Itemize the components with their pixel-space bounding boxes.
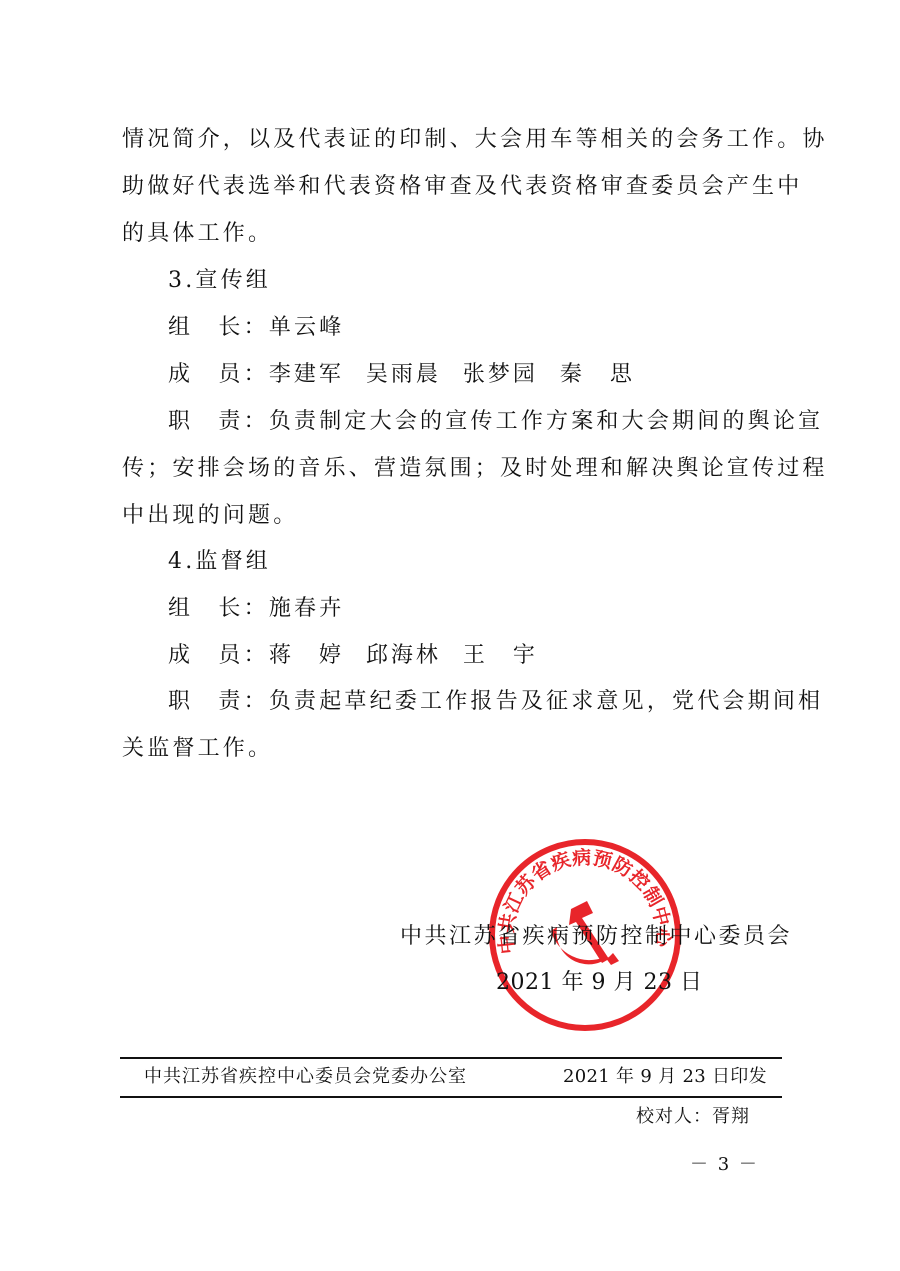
page-number: － 3 －: [690, 1154, 759, 1176]
paragraph-line: 情况简介，以及代表证的印制、大会用车等相关的会务工作。协: [122, 128, 782, 152]
footer-issuer: 中共江苏省疾控中心委员会党委办公室: [144, 1066, 467, 1088]
signature-organization: 中共江苏省疾病预防控制中心委员会: [400, 925, 792, 949]
member-name: 张梦园: [463, 362, 538, 387]
leader-name: 施春卉: [269, 596, 345, 621]
footer-issue-date: 2021 年 9 月 23 日印发: [563, 1066, 767, 1088]
footer-bottom-rule: [120, 1096, 782, 1098]
paragraph-line: 的具体工作。: [122, 222, 782, 246]
group-members-row: 成 员：李建军吴雨晨张梦园秦 思: [168, 363, 782, 387]
paragraph-line: 助做好代表选举和代表资格审查及代表资格审查委员会产生中: [122, 175, 782, 199]
group-duty-row: 职 责：负责制定大会的宣传工作方案和大会期间的舆论宣: [168, 410, 782, 434]
member-name: 蒋 婷: [269, 643, 344, 668]
member-name: 秦 思: [560, 362, 635, 387]
group-leader-row: 组 长：施春卉: [168, 597, 782, 621]
member-name: 李建军: [269, 362, 344, 387]
duty-label: 职 责：: [168, 409, 269, 434]
member-name: 王 宇: [463, 643, 538, 668]
group-leader-row: 组 长：单云峰: [168, 316, 782, 340]
section-heading-publicity: 3.宣传组: [168, 269, 782, 293]
duty-text: 负责制定大会的宣传工作方案和大会期间的舆论宣: [269, 409, 823, 434]
group-duty-row: 职 责：负责起草纪委工作报告及征求意见，党代会期间相: [168, 690, 782, 714]
members-label: 成 员：: [168, 362, 269, 387]
paragraph-line: 中出现的问题。: [122, 504, 782, 528]
paragraph-line: 关监督工作。: [122, 737, 782, 761]
member-name: 吴雨晨: [366, 362, 441, 387]
duty-text: 负责起草纪委工作报告及征求意见，党代会期间相: [269, 689, 823, 714]
group-members-row: 成 员：蒋 婷邱海林王 宇: [168, 644, 782, 668]
members-label: 成 员：: [168, 643, 269, 668]
document-page: 情况简介，以及代表证的印制、大会用车等相关的会务工作。协 助做好代表选举和代表资…: [0, 0, 900, 1271]
signature-date: 2021 年 9 月 23 日: [496, 971, 702, 995]
footer-top-rule: [120, 1057, 782, 1059]
section-heading-supervision: 4.监督组: [168, 550, 782, 574]
leader-label: 组 长：: [168, 315, 269, 340]
footer-proofreader: 校对人：胥翔: [636, 1106, 750, 1128]
member-name: 邱海林: [366, 643, 441, 668]
paragraph-line: 传；安排会场的音乐、营造氛围；及时处理和解决舆论宣传过程: [122, 457, 782, 481]
leader-label: 组 长：: [168, 596, 269, 621]
leader-name: 单云峰: [269, 315, 345, 340]
duty-label: 职 责：: [168, 689, 269, 714]
